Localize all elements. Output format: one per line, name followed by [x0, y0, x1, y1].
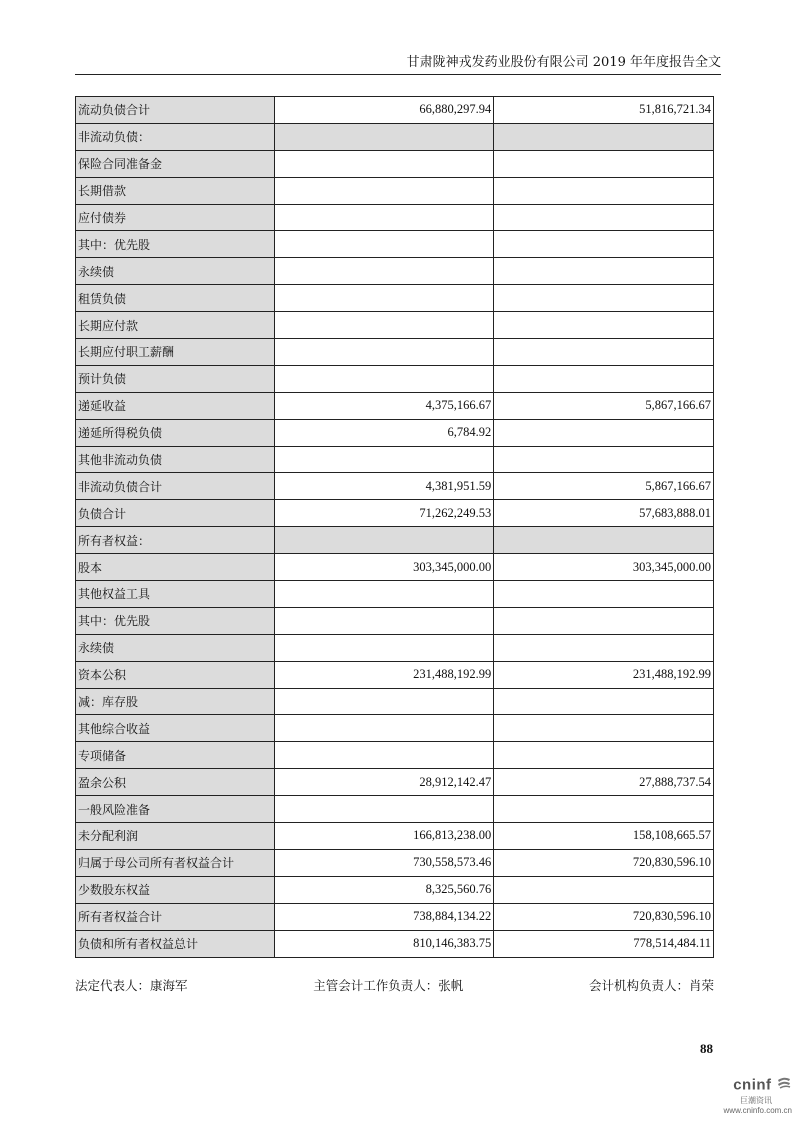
table-row: 其中：优先股 — [76, 607, 714, 634]
prior-period-value — [494, 419, 714, 446]
row-label: 所有者权益合计 — [76, 903, 275, 930]
row-label: 少数股东权益 — [76, 876, 275, 903]
current-period-value — [274, 796, 494, 823]
prior-period-value: 303,345,000.00 — [494, 554, 714, 581]
current-period-value: 738,884,134.22 — [274, 903, 494, 930]
current-period-value — [274, 607, 494, 634]
current-period-value — [274, 339, 494, 366]
table-row: 永续债 — [76, 258, 714, 285]
current-period-value — [274, 634, 494, 661]
table-row: 预计负债 — [76, 365, 714, 392]
table-row: 其他权益工具 — [76, 581, 714, 608]
table-row: 所有者权益合计738,884,134.22720,830,596.10 — [76, 903, 714, 930]
table-row: 负债和所有者权益总计810,146,383.75778,514,484.11 — [76, 930, 714, 957]
row-label: 其他综合收益 — [76, 715, 275, 742]
prior-period-value — [494, 285, 714, 312]
prior-period-value — [494, 123, 714, 150]
signature-footer: 法定代表人：康海军 主管会计工作负责人：张帆 会计机构负责人：肖荣 — [75, 976, 714, 994]
table-row: 长期借款 — [76, 177, 714, 204]
current-period-value — [274, 177, 494, 204]
table-row: 股本303,345,000.00303,345,000.00 — [76, 554, 714, 581]
table-row: 长期应付职工薪酬 — [76, 339, 714, 366]
section-header-row: 非流动负债： — [76, 123, 714, 150]
table-row: 其中：优先股 — [76, 231, 714, 258]
cninfo-logo-icon — [776, 1076, 792, 1095]
prior-period-value: 27,888,737.54 — [494, 769, 714, 796]
prior-period-value — [494, 607, 714, 634]
section-header-row: 所有者权益： — [76, 527, 714, 554]
row-label: 一般风险准备 — [76, 796, 275, 823]
row-label: 预计负债 — [76, 365, 275, 392]
current-period-value: 303,345,000.00 — [274, 554, 494, 581]
current-period-value: 810,146,383.75 — [274, 930, 494, 957]
row-label: 减：库存股 — [76, 688, 275, 715]
row-label: 股本 — [76, 554, 275, 581]
legal-representative: 法定代表人：康海军 — [75, 976, 188, 994]
table-row: 一般风险准备 — [76, 796, 714, 823]
row-label: 资本公积 — [76, 661, 275, 688]
table-row: 递延收益4,375,166.675,867,166.67 — [76, 392, 714, 419]
table-row: 应付债券 — [76, 204, 714, 231]
row-label: 负债合计 — [76, 500, 275, 527]
page-number: 88 — [700, 1041, 713, 1057]
table-row: 资本公积231,488,192.99231,488,192.99 — [76, 661, 714, 688]
current-period-value — [274, 365, 494, 392]
table-row: 归属于母公司所有者权益合计730,558,573.46720,830,596.1… — [76, 849, 714, 876]
current-period-value — [274, 204, 494, 231]
row-label: 专项储备 — [76, 742, 275, 769]
current-period-value — [274, 527, 494, 554]
table-row: 长期应付款 — [76, 312, 714, 339]
accounting-dept-head: 会计机构负责人：肖荣 — [589, 976, 714, 994]
prior-period-value — [494, 150, 714, 177]
current-period-value: 8,325,560.76 — [274, 876, 494, 903]
table-row: 其他综合收益 — [76, 715, 714, 742]
prior-period-value — [494, 581, 714, 608]
table-row: 其他非流动负债 — [76, 446, 714, 473]
row-label: 递延所得税负债 — [76, 419, 275, 446]
current-period-value: 231,488,192.99 — [274, 661, 494, 688]
prior-period-value: 51,816,721.34 — [494, 97, 714, 124]
current-period-value — [274, 258, 494, 285]
report-header: 甘肃陇神戎发药业股份有限公司 2019 年年度报告全文 — [75, 52, 721, 75]
table-row: 租赁负债 — [76, 285, 714, 312]
prior-period-value — [494, 446, 714, 473]
current-period-value — [274, 123, 494, 150]
row-label: 永续债 — [76, 258, 275, 285]
current-period-value: 166,813,238.00 — [274, 823, 494, 850]
row-label: 所有者权益： — [76, 527, 275, 554]
prior-period-value: 5,867,166.67 — [494, 473, 714, 500]
row-label: 其中：优先股 — [76, 231, 275, 258]
current-period-value: 66,880,297.94 — [274, 97, 494, 124]
table-row: 递延所得税负债6,784.92 — [76, 419, 714, 446]
row-label: 流动负债合计 — [76, 97, 275, 124]
table-row: 少数股东权益8,325,560.76 — [76, 876, 714, 903]
prior-period-value — [494, 742, 714, 769]
prior-period-value — [494, 231, 714, 258]
watermark-brand: cninf — [733, 1077, 771, 1094]
prior-period-value — [494, 688, 714, 715]
current-period-value — [274, 285, 494, 312]
prior-period-value: 720,830,596.10 — [494, 849, 714, 876]
row-label: 递延收益 — [76, 392, 275, 419]
prior-period-value: 720,830,596.10 — [494, 903, 714, 930]
row-label: 其他权益工具 — [76, 581, 275, 608]
prior-period-value — [494, 365, 714, 392]
prior-period-value: 158,108,665.57 — [494, 823, 714, 850]
row-label: 保险合同准备金 — [76, 150, 275, 177]
row-label: 应付债券 — [76, 204, 275, 231]
prior-period-value — [494, 339, 714, 366]
prior-period-value — [494, 796, 714, 823]
current-period-value: 4,381,951.59 — [274, 473, 494, 500]
current-period-value: 6,784.92 — [274, 419, 494, 446]
prior-period-value: 778,514,484.11 — [494, 930, 714, 957]
prior-period-value — [494, 258, 714, 285]
row-label: 长期应付职工薪酬 — [76, 339, 275, 366]
prior-period-value — [494, 527, 714, 554]
table-row: 未分配利润166,813,238.00158,108,665.57 — [76, 823, 714, 850]
current-period-value: 28,912,142.47 — [274, 769, 494, 796]
row-label: 负债和所有者权益总计 — [76, 930, 275, 957]
table-row: 减：库存股 — [76, 688, 714, 715]
prior-period-value: 57,683,888.01 — [494, 500, 714, 527]
row-label: 盈余公积 — [76, 769, 275, 796]
row-label: 永续债 — [76, 634, 275, 661]
accounting-head: 主管会计工作负责人：张帆 — [313, 976, 463, 994]
watermark-url: www.cninfo.com.cn — [700, 1106, 792, 1115]
cninfo-watermark: cninf 巨潮资讯 www.cninfo.com.cn — [700, 1076, 792, 1115]
table-row: 保险合同准备金 — [76, 150, 714, 177]
table-row: 专项储备 — [76, 742, 714, 769]
balance-sheet-table: 流动负债合计66,880,297.9451,816,721.34非流动负债：保险… — [75, 96, 714, 958]
prior-period-value — [494, 634, 714, 661]
row-label: 归属于母公司所有者权益合计 — [76, 849, 275, 876]
prior-period-value — [494, 876, 714, 903]
table-row: 流动负债合计66,880,297.9451,816,721.34 — [76, 97, 714, 124]
report-title: 甘肃陇神戎发药业股份有限公司 2019 年年度报告全文 — [407, 55, 721, 70]
prior-period-value — [494, 177, 714, 204]
prior-period-value: 231,488,192.99 — [494, 661, 714, 688]
row-label: 非流动负债： — [76, 123, 275, 150]
row-label: 其他非流动负债 — [76, 446, 275, 473]
row-label: 未分配利润 — [76, 823, 275, 850]
current-period-value — [274, 150, 494, 177]
watermark-brand-cn: 巨潮资讯 — [700, 1095, 772, 1106]
table-row: 非流动负债合计4,381,951.595,867,166.67 — [76, 473, 714, 500]
current-period-value: 71,262,249.53 — [274, 500, 494, 527]
table-row: 永续债 — [76, 634, 714, 661]
current-period-value: 4,375,166.67 — [274, 392, 494, 419]
row-label: 长期应付款 — [76, 312, 275, 339]
current-period-value — [274, 446, 494, 473]
current-period-value — [274, 231, 494, 258]
current-period-value — [274, 715, 494, 742]
table-row: 负债合计71,262,249.5357,683,888.01 — [76, 500, 714, 527]
row-label: 其中：优先股 — [76, 607, 275, 634]
prior-period-value: 5,867,166.67 — [494, 392, 714, 419]
current-period-value — [274, 742, 494, 769]
row-label: 长期借款 — [76, 177, 275, 204]
current-period-value — [274, 581, 494, 608]
prior-period-value — [494, 204, 714, 231]
prior-period-value — [494, 312, 714, 339]
prior-period-value — [494, 715, 714, 742]
row-label: 租赁负债 — [76, 285, 275, 312]
current-period-value — [274, 312, 494, 339]
current-period-value — [274, 688, 494, 715]
current-period-value: 730,558,573.46 — [274, 849, 494, 876]
table-row: 盈余公积28,912,142.4727,888,737.54 — [76, 769, 714, 796]
row-label: 非流动负债合计 — [76, 473, 275, 500]
